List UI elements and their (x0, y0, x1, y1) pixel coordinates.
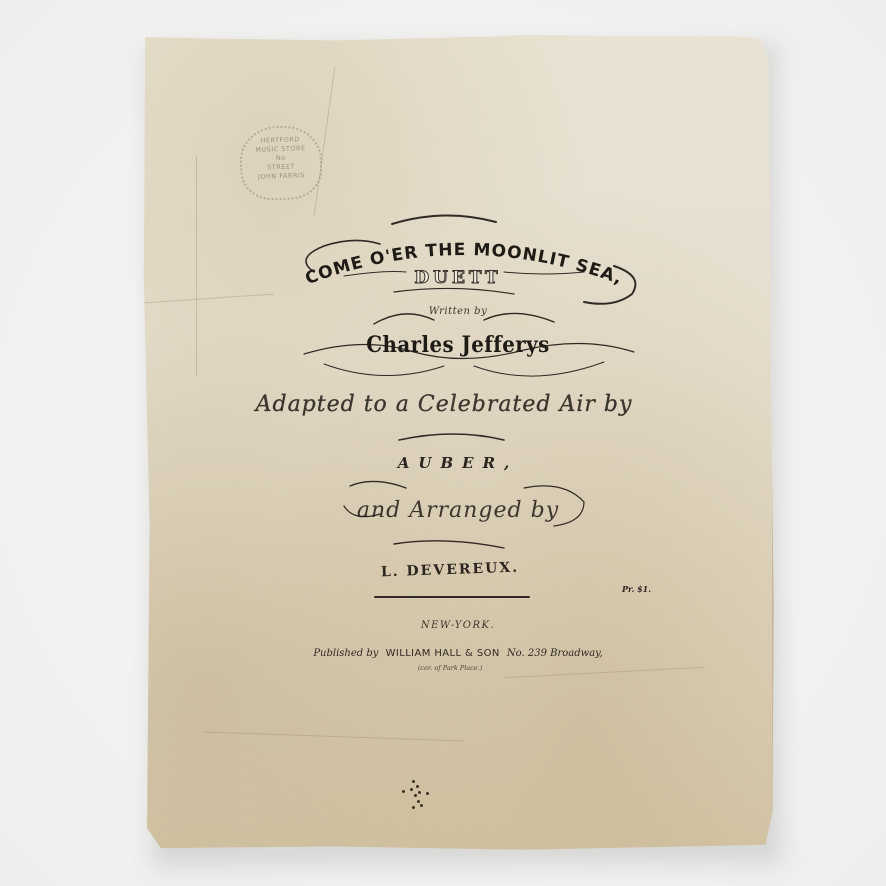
author-name: Charles Jefferys (175, 332, 740, 358)
music-store-stamp: HERTFORD MUSIC STORE No STREET JOHN FARR… (239, 125, 324, 202)
written-by-label: Written by (144, 306, 772, 317)
publication-city: NEW-YORK. (144, 620, 772, 631)
address-note: (cor. of Park Place.) (136, 664, 764, 672)
crease (204, 731, 464, 741)
price-label: Pr. $1. (622, 584, 651, 594)
adapted-line: Adapted to a Celebrated Air by (130, 392, 758, 417)
publisher-address: No. 239 Broadway, (507, 648, 603, 659)
arranger-name: L. DEVEREUX. (136, 551, 764, 589)
publisher-prefix: Published by (313, 648, 378, 659)
divider-rule (374, 596, 530, 598)
photo-stage: HERTFORD MUSIC STORE No STREET JOHN FARR… (0, 0, 886, 886)
composer-name: AUBER, (144, 454, 772, 472)
crease (144, 293, 274, 303)
publisher-name: WILLIAM HALL & SON (386, 648, 500, 659)
ink-spots (402, 776, 432, 816)
publisher-line: Published by WILLIAM HALL & SON No. 239 … (144, 648, 772, 659)
arranged-line: and Arranged by (144, 498, 772, 523)
sheet-music-cover: HERTFORD MUSIC STORE No STREET JOHN FARR… (142, 34, 775, 853)
subtitle: DUETT (144, 268, 772, 288)
stamp-line: JOHN FARRIS (242, 171, 320, 183)
calligraphic-flourishes (144, 36, 772, 850)
